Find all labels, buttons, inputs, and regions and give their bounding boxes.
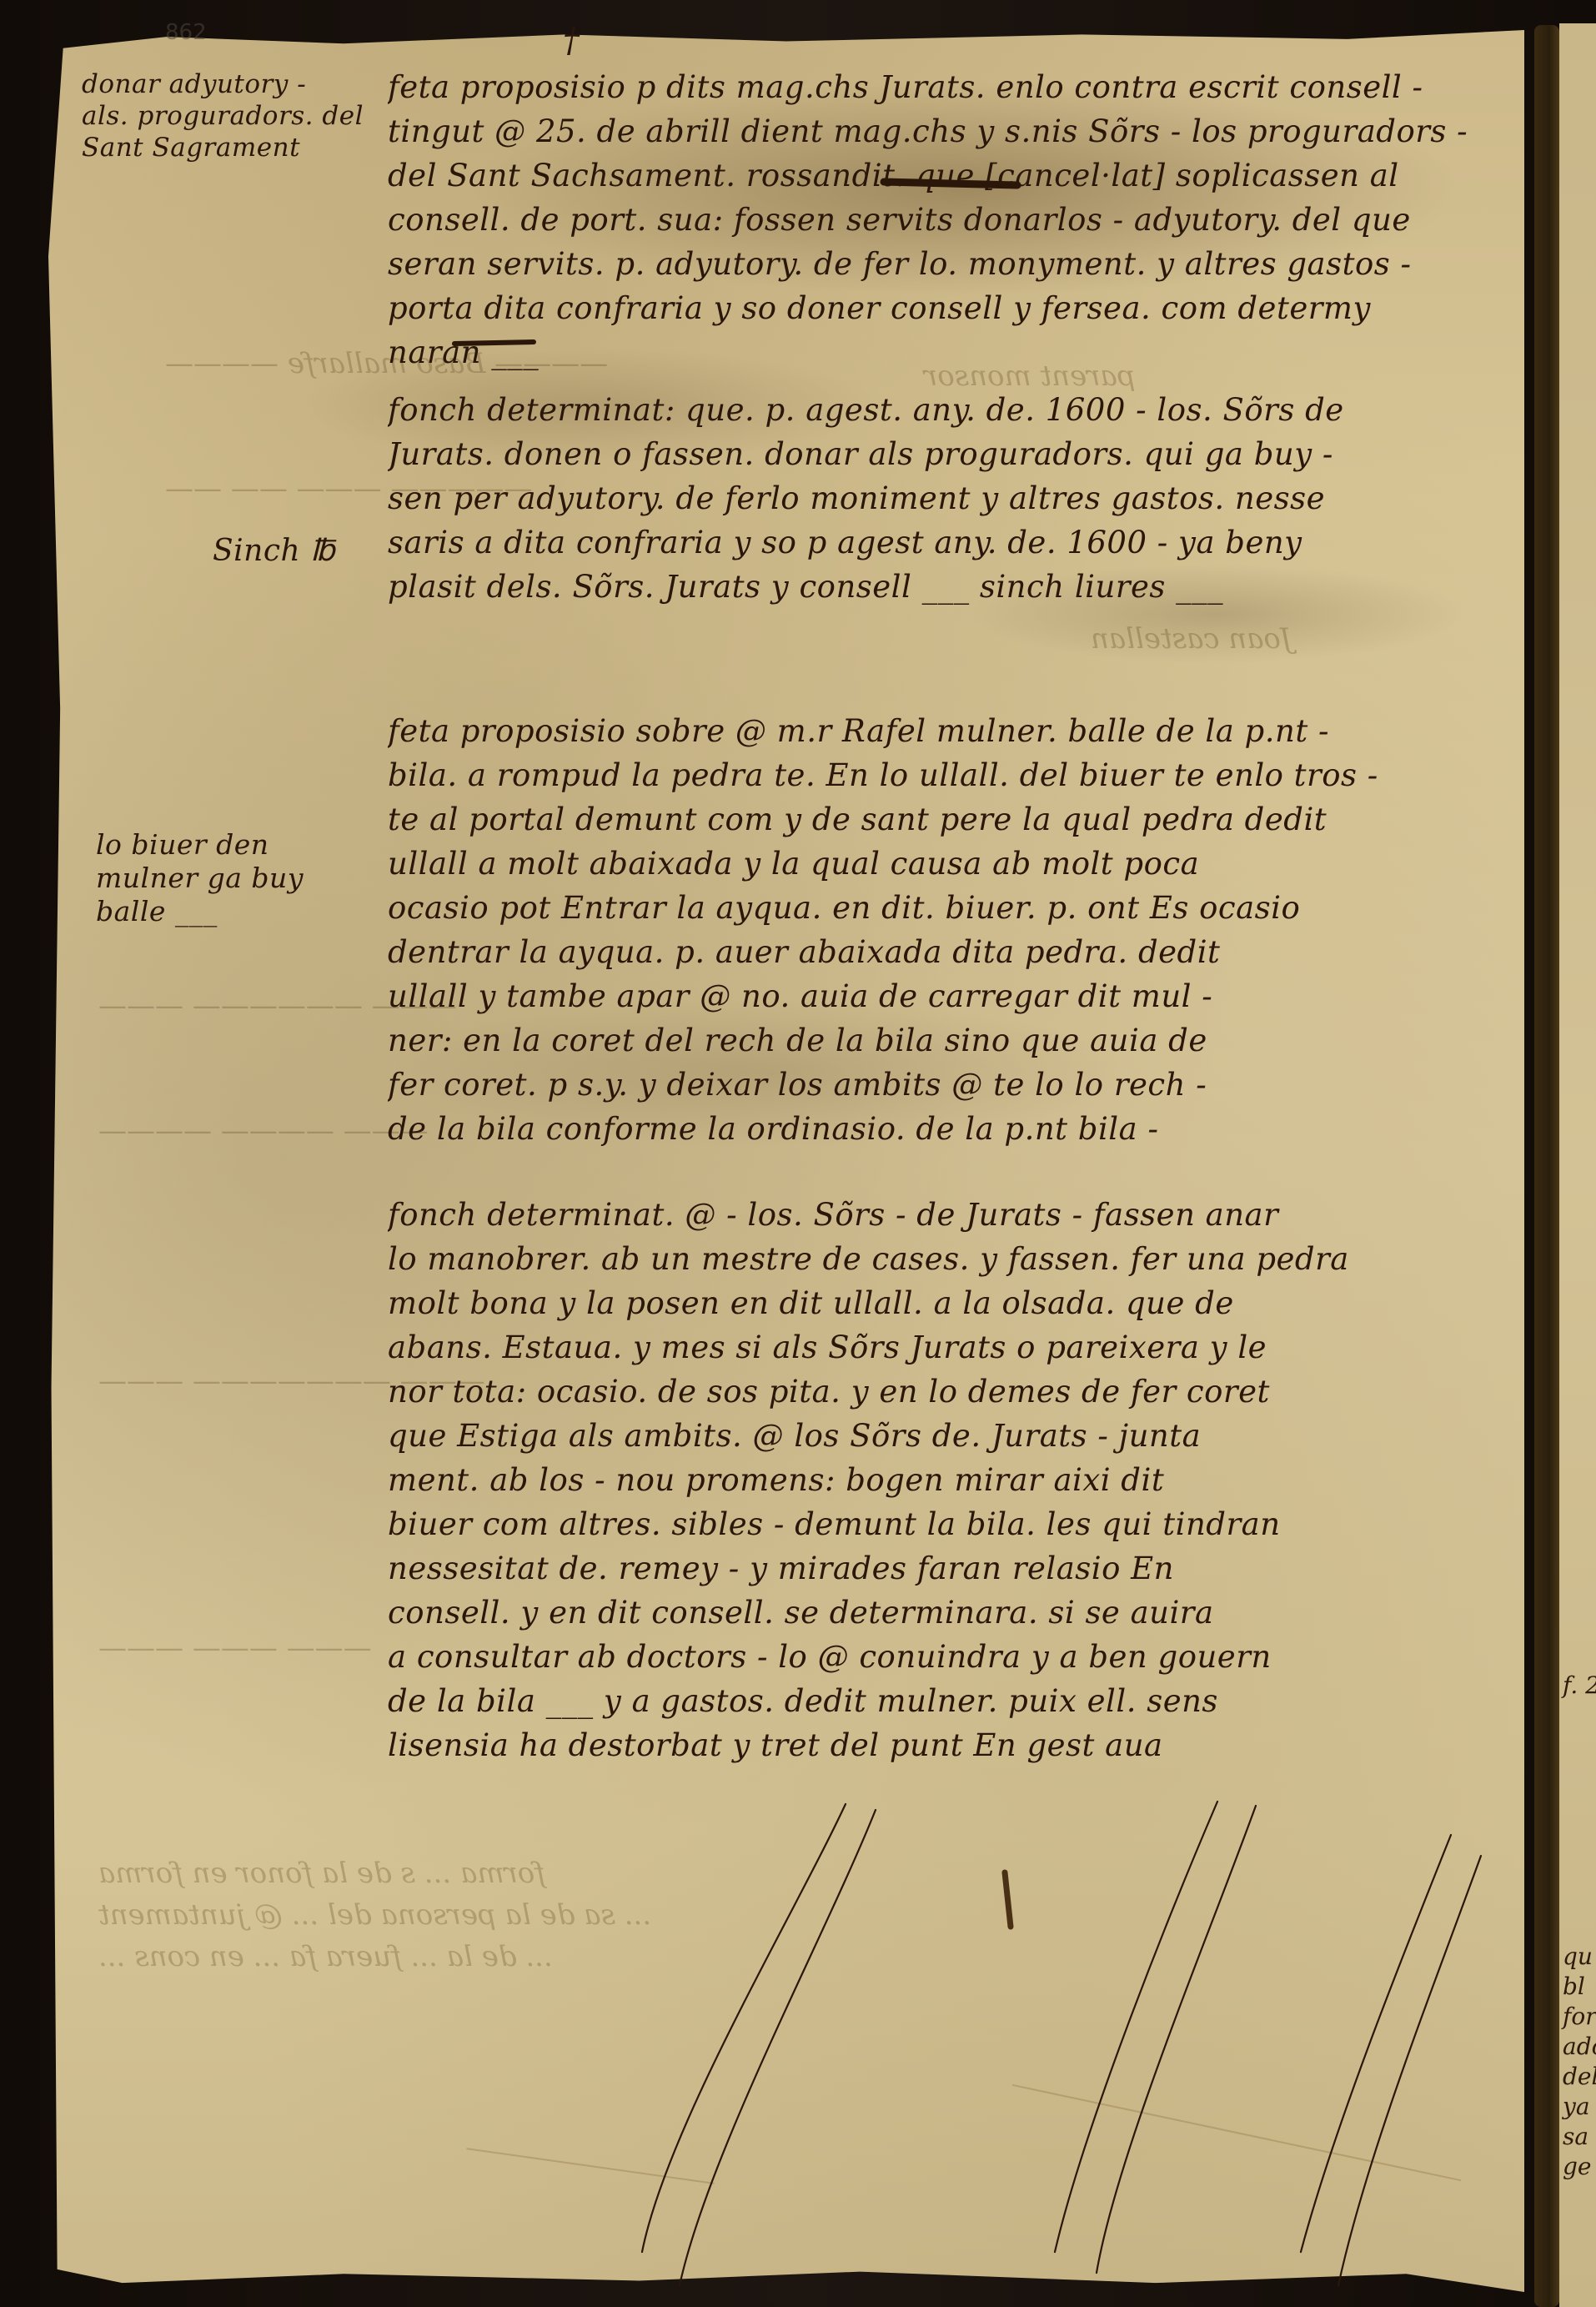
text-line: nessesitat de. remey - y mirades faran r…	[388, 1546, 1518, 1591]
entry-determination-1600: fonch determinat: que. p. agest. any. de…	[388, 388, 1518, 609]
text-line: del Sant Sachsament. rossandit. que [can…	[388, 153, 1518, 198]
margin-note-line: donar adyutory -	[82, 68, 364, 100]
margin-note-line: lo biuer den	[96, 828, 304, 862]
paper-crease	[1012, 2084, 1461, 2181]
text-line: seran servits. p. adyutory. de fer lo. m…	[388, 242, 1518, 286]
text-line: feta proposisio p dits mag.chs Jurats. e…	[388, 65, 1518, 109]
text-line: fonch determinat: que. p. agest. any. de…	[388, 388, 1518, 432]
cross-mark: †	[563, 22, 580, 60]
margin-note-line: als. proguradors. del	[82, 100, 364, 132]
binding-gutter	[1534, 25, 1559, 2307]
margin-note-line: mulner ga buy	[96, 862, 304, 895]
bleed-through-text: Joan castellan	[1091, 622, 1292, 656]
adjacent-page-edge: f. 2 qu bl for ado del ya sa ge	[1559, 23, 1596, 2307]
text-line: consell. de port. sua: fossen servits do…	[388, 198, 1518, 242]
text-line: plasit dels. Sõrs. Jurats y consell ___ …	[388, 565, 1518, 609]
margin-note-sinch-liures: Sinch ℔	[213, 535, 335, 567]
text-line: molt bona y la posen en dit ullall. a la…	[388, 1281, 1518, 1325]
text-line: nor tota: ocasio. de sos pita. y en lo d…	[388, 1370, 1518, 1414]
bleed-through-text: ——— ——— ———	[98, 1631, 372, 1665]
text-line: abans. Estaua. y mes si als Sõrs Jurats …	[388, 1325, 1518, 1370]
text-line: te al portal demunt com y de sant pere l…	[388, 797, 1518, 842]
margin-note-line: Sinch ℔	[213, 535, 335, 567]
text-line: lisensia ha destorbat y tret del punt En…	[388, 1723, 1518, 1767]
bleed-through-text: forma ... s de la fonor en forma	[98, 1857, 545, 1890]
adjacent-fragment: ya	[1563, 2092, 1590, 2122]
text-line: ner: en la coret del rech de la bila sin…	[388, 1018, 1518, 1063]
text-line: dentrar la ayqua. p. auer abaixada dita …	[388, 930, 1518, 974]
adjacent-fragment: qu	[1563, 1942, 1593, 1972]
text-line: porta dita confraria y so doner consell …	[388, 286, 1518, 330]
text-line: naran ___	[388, 330, 1518, 374]
adjacent-fragment: f. 2	[1563, 1671, 1596, 1701]
adjacent-fragment: sa	[1563, 2122, 1588, 2152]
entry-proposal-biuer: feta proposisio sobre @ m.r Rafel mulner…	[388, 709, 1518, 1151]
adjacent-fragment: for	[1563, 2002, 1596, 2032]
text-line: lo manobrer. ab un mestre de cases. y fa…	[388, 1237, 1518, 1281]
adjacent-fragment: del	[1563, 2062, 1596, 2092]
adjacent-fragment: ge	[1563, 2152, 1592, 2182]
bleed-through-text: ... de la ... fuera fa ... en cons ...	[98, 1940, 553, 1973]
adjacent-fragment: bl	[1563, 1972, 1585, 2002]
text-line: de la bila conforme la ordinasio. de la …	[388, 1107, 1518, 1151]
text-line: ocasio pot Entrar la ayqua. en dit. biue…	[388, 886, 1518, 930]
adjacent-fragment: ado	[1563, 2032, 1596, 2062]
text-line: tingut @ 25. de abrill dient mag.chs y s…	[388, 109, 1518, 153]
folio-number: 862	[165, 20, 207, 45]
text-line: a consultar ab doctors - lo @ conuindra …	[388, 1635, 1518, 1679]
margin-note-line: balle ___	[96, 895, 304, 928]
text-line: saris a dita confraria y so p agest any.…	[388, 520, 1518, 565]
margin-note-donar-adyutory: donar adyutory - als. proguradors. del S…	[82, 68, 364, 163]
text-line: de la bila ___ y a gastos. dedit mulner.…	[388, 1679, 1518, 1723]
text-line: biuer com altres. sibles - demunt la bil…	[388, 1502, 1518, 1546]
bleed-through-text: ... sa de la persona del ... @ juntament	[98, 1898, 651, 1932]
text-line: fonch determinat. @ - los. Sõrs - de Jur…	[388, 1193, 1518, 1237]
text-line: feta proposisio sobre @ m.r Rafel mulner…	[388, 709, 1518, 753]
entry-proposal-sacrament: feta proposisio p dits mag.chs Jurats. e…	[388, 65, 1518, 374]
text-line: que Estiga als ambits. @ los Sõrs de. Ju…	[388, 1414, 1518, 1458]
text-line: sen per adyutory. de ferlo moniment y al…	[388, 476, 1518, 520]
margin-note-line: Sant Sagrament	[82, 132, 364, 163]
margin-note-biuer-mulner: lo biuer den mulner ga buy balle ___	[96, 828, 304, 928]
text-line: ullall y tambe apar @ no. auia de carreg…	[388, 974, 1518, 1018]
text-line: Jurats. donen o fassen. donar als progur…	[388, 432, 1518, 476]
paper-crease	[466, 2148, 714, 2184]
entry-determination-biuer: fonch determinat. @ - los. Sõrs - de Jur…	[388, 1193, 1518, 1767]
text-line: fer coret. p s.y. y deixar los ambits @ …	[388, 1063, 1518, 1107]
bleed-through-text: ——— ———— ————	[98, 1114, 429, 1148]
text-line: bila. a rompud la pedra te. En lo ullall…	[388, 753, 1518, 797]
text-line: consell. y en dit consell. se determinar…	[388, 1591, 1518, 1635]
text-line: ullall a molt abaixada y la qual causa a…	[388, 842, 1518, 886]
text-line: ment. ab los - nou promens: bogen mirar …	[388, 1458, 1518, 1502]
